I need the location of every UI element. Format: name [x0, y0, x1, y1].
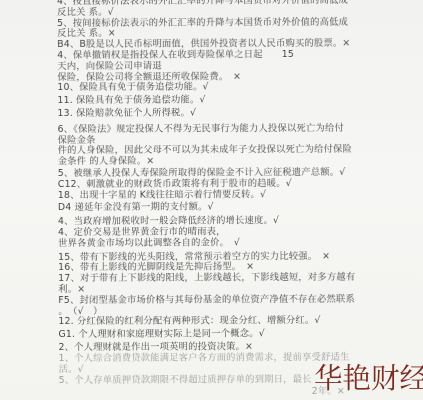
question-list: 4、按直接标价法表示的外汇汇率的升降与本国货币对外价值的高低成反比关 系。√5、… — [57, 0, 356, 399]
text-line: 17、对于带有上下影线的阳线，上影线越长，下影线越短，对多方越有 — [58, 273, 355, 285]
text-line: 18、出现十字星的 K线往往暗示着行情要反转。√ — [58, 190, 355, 202]
document-photo: 4、按直接标价法表示的外汇汇率的升降与本国货币对外价值的高低成反比关 系。√5、… — [0, 0, 423, 400]
text-line: G1. 个人理财和家庭理财实际上是同一个概念。√ — [58, 328, 355, 340]
text-line: D4 递延年金没有第一期的支付额。√ — [58, 202, 355, 214]
text-line: 1、个人综合消费贷款能满足客户各方面的消费需求，提前享受舒适生 — [59, 353, 356, 365]
text-line: 世界各黄金市场均以此调整各自的金价。 √ — [58, 237, 355, 249]
text-line: 10、保险具有免于债务追偿功能。√ — [57, 82, 354, 94]
text-line: 11. 保险具有免于债务追偿功能。√ — [57, 94, 354, 106]
text-line: 12. 分红保险的红利分配有两种形式：现金分红、增额分红。√ — [58, 316, 355, 328]
text-line: 13. 保险赔款免征个人所得税。√ — [57, 108, 354, 120]
watermark: 华艳财经 — [314, 364, 423, 394]
text-line: 5、个人存单质押贷款期限不得超过质押存单的到期日，最长 — [59, 374, 356, 386]
text-line: 6、《保险法》规定投保人不得为无民事行为能力人投保以死亡为给付 — [58, 123, 355, 135]
text-line: F5、封闭型基金市场价格与其每份基金的单位资产净值不存在必然联系 — [58, 294, 355, 306]
